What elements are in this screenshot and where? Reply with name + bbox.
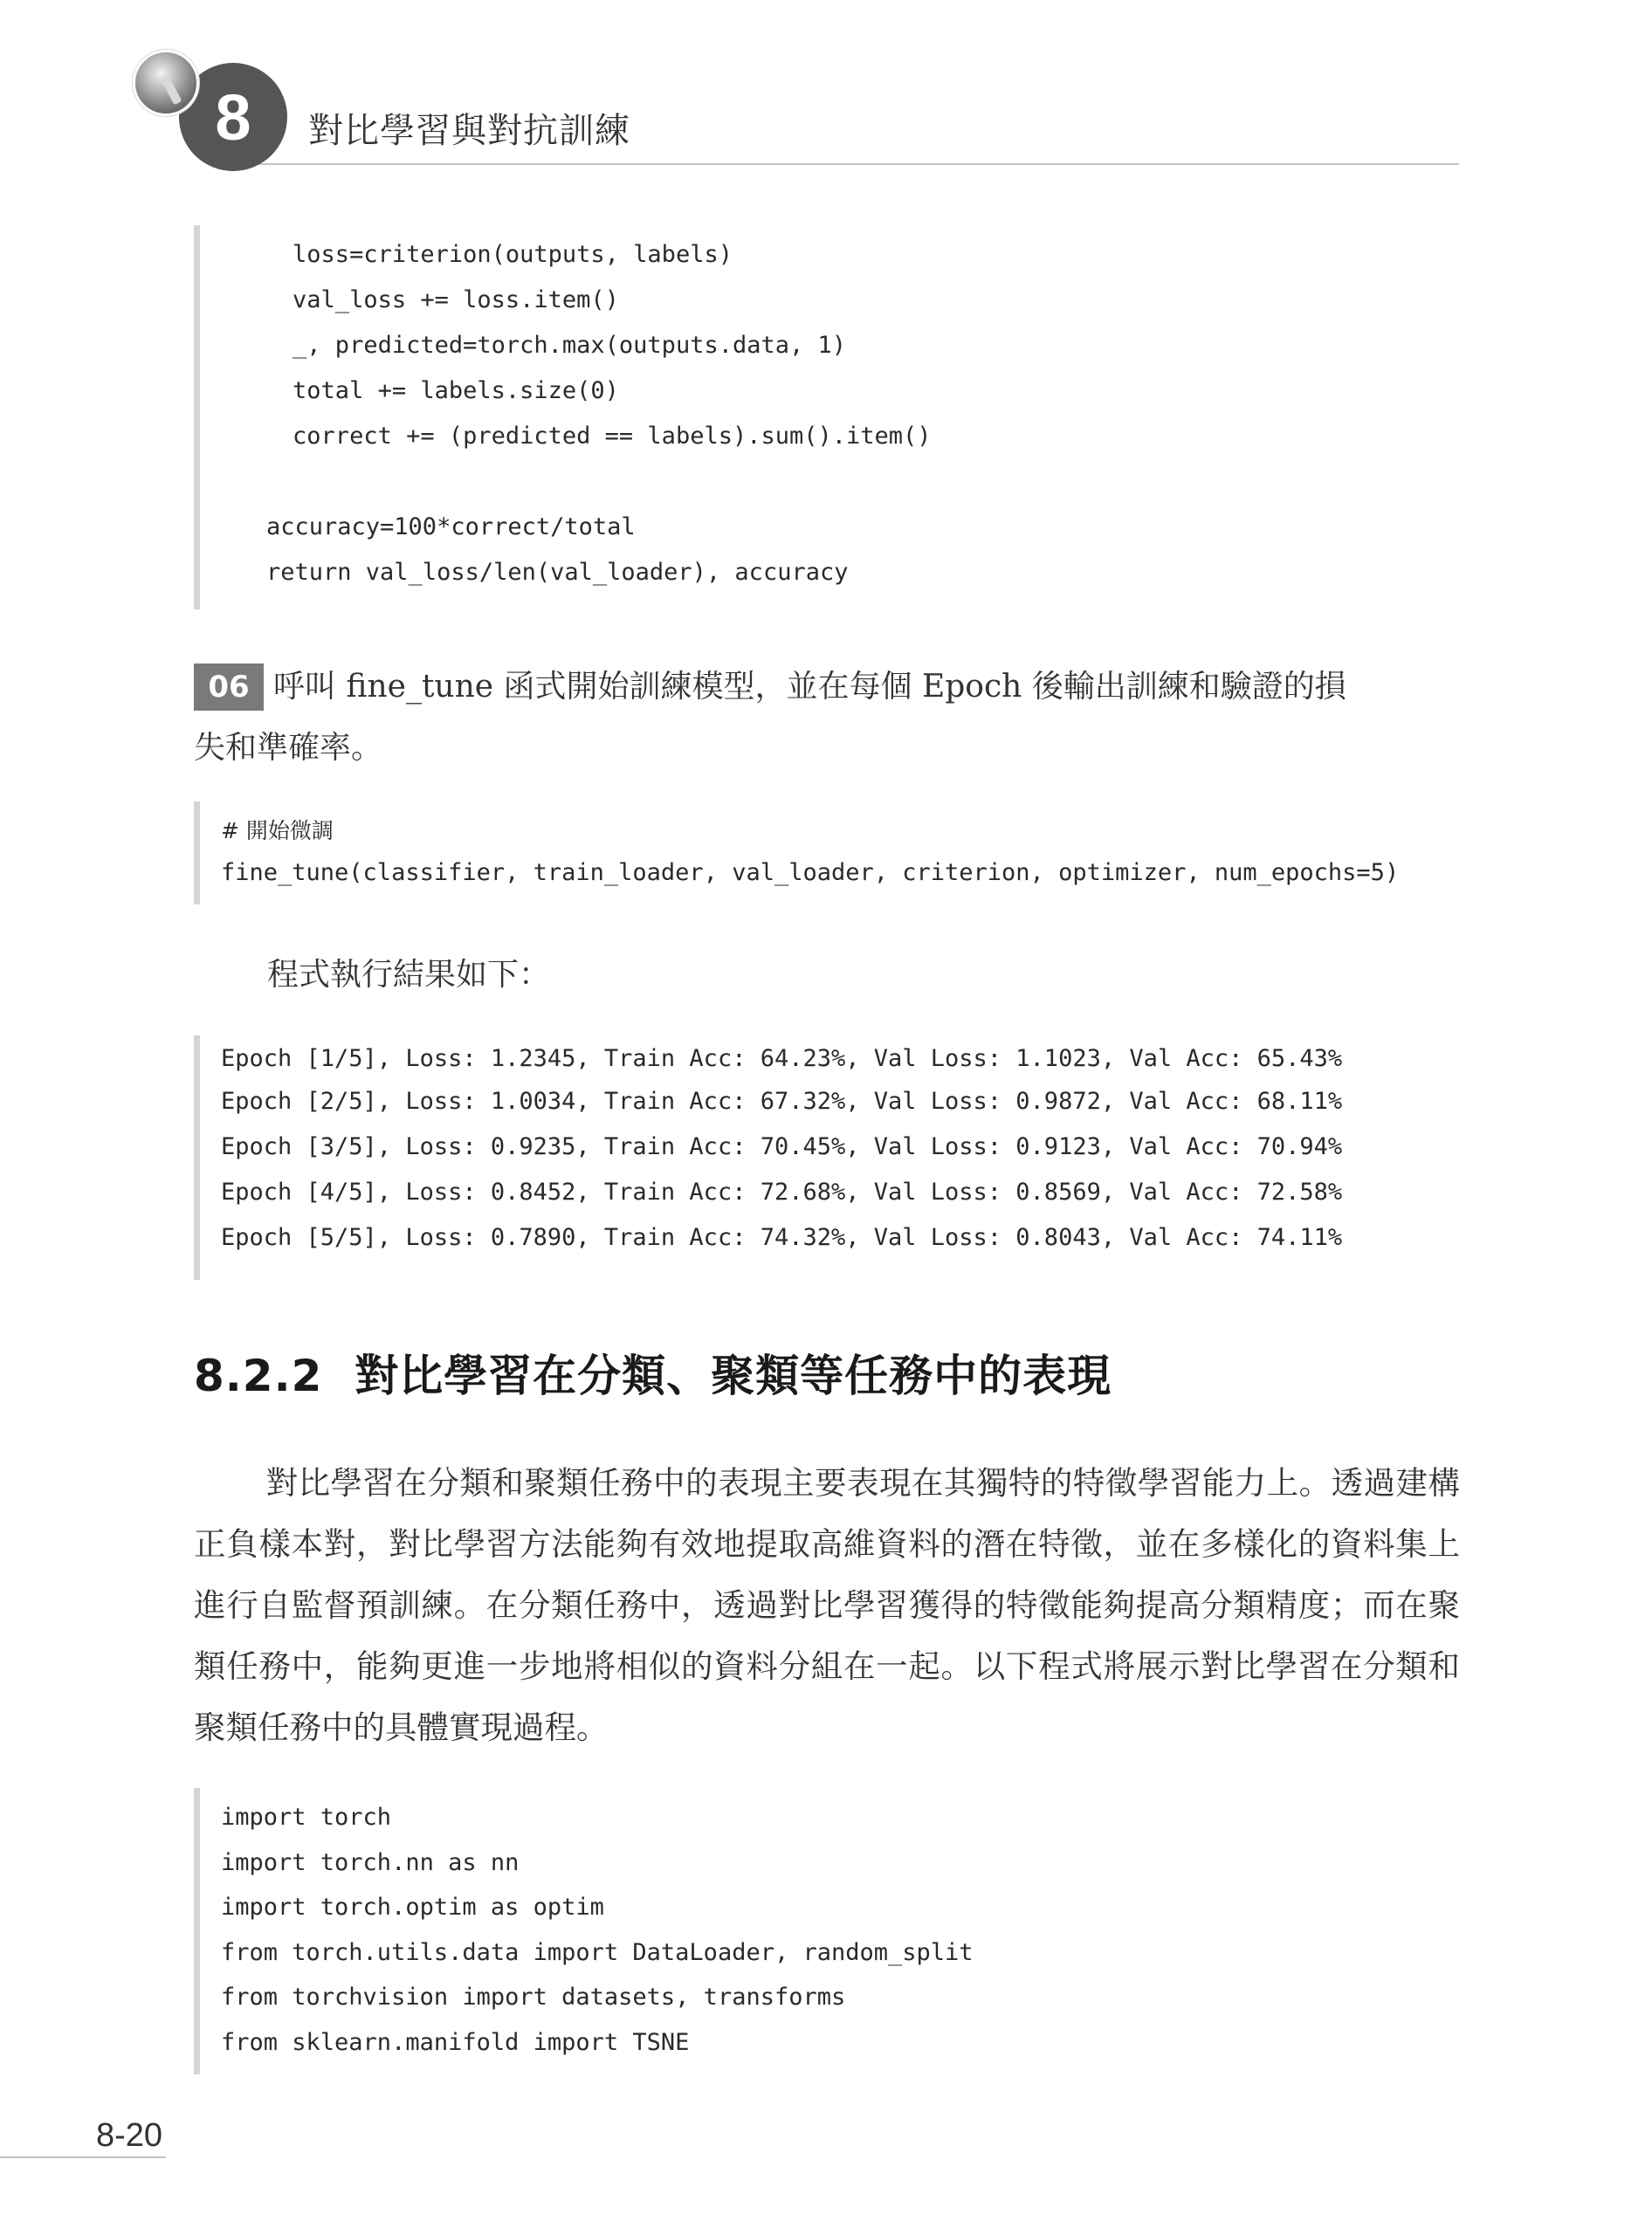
paragraph-text: 對比學習在分類和聚類任務中的表現主要表現在其獨特的特徵學習能力上。透過建構正負樣…: [194, 1464, 1460, 1746]
code-block-validate-tail: loss=criterion(outputs, labels) val_loss…: [194, 225, 221, 609]
code-block-fine-tune-call: # 開始微調 fine_tune(classifier, train_loade…: [194, 801, 1399, 904]
output-line: Epoch [2/5], Loss: 1.0034, Train Acc: 67…: [221, 1079, 1342, 1124]
code-line: fine_tune(classifier, train_loader, val_…: [221, 852, 1399, 894]
code-line: from torchvision import datasets, transf…: [221, 1975, 974, 2020]
step-number-badge: 06: [194, 664, 264, 711]
output-line: Epoch [4/5], Loss: 0.8452, Train Acc: 72…: [221, 1170, 1342, 1215]
code-line: correct += (predicted == labels).sum().i…: [179, 414, 932, 459]
header-divider: [253, 163, 1459, 165]
section-title: 對比學習在分類、聚類等任務中的表現: [354, 1351, 1112, 1401]
code-line: return val_loss/len(val_loader), accurac…: [266, 550, 848, 595]
footer-divider: [0, 2156, 166, 2158]
code-comment: # 開始微調: [221, 810, 1399, 852]
code-block-imports: import torch import torch.nn as nn impor…: [194, 1788, 974, 2074]
chapter-decorative-photo: [133, 50, 199, 116]
section-heading: 8.2.2 對比學習在分類、聚類等任務中的表現: [194, 1341, 1112, 1404]
code-line: import torch.nn as nn: [221, 1840, 974, 1886]
output-line: Epoch [5/5], Loss: 0.7890, Train Acc: 74…: [221, 1215, 1342, 1261]
code-line: _, predicted=torch.max(outputs.data, 1): [179, 323, 846, 368]
chapter-title: 對比學習與對抗訓練: [308, 103, 630, 153]
training-output-block: Epoch [1/5], Loss: 1.2345, Train Acc: 64…: [194, 1035, 1342, 1280]
output-line: Epoch [1/5], Loss: 1.2345, Train Acc: 64…: [221, 1039, 1342, 1079]
code-line: import torch: [221, 1795, 974, 1840]
code-line: total += labels.size(0): [179, 368, 619, 414]
code-line: accuracy=100*correct/total: [266, 505, 636, 550]
section-number: 8.2.2: [194, 1351, 322, 1401]
chapter-number: 8: [215, 86, 251, 150]
output-line: Epoch [3/5], Loss: 0.9235, Train Acc: 70…: [221, 1124, 1342, 1170]
code-line: from torch.utils.data import DataLoader,…: [221, 1930, 974, 1976]
result-intro-text: 程式執行結果如下：: [267, 950, 550, 994]
body-paragraph: 對比學習在分類和聚類任務中的表現主要表現在其獨特的特徵學習能力上。透過建構正負樣…: [194, 1453, 1460, 1758]
code-line: from sklearn.manifold import TSNE: [221, 2020, 974, 2066]
page-number: 8-20: [96, 2117, 162, 2155]
code-line: val_loss += loss.item(): [179, 278, 619, 323]
code-line: loss=criterion(outputs, labels): [179, 232, 733, 278]
step-description: 呼叫 fine_tune 函式開始訓練模型，並在每個 Epoch 後輸出訓練和驗…: [273, 657, 1470, 718]
code-line: import torch.optim as optim: [221, 1885, 974, 1930]
step-description-continued: 失和準確率。: [194, 718, 382, 779]
